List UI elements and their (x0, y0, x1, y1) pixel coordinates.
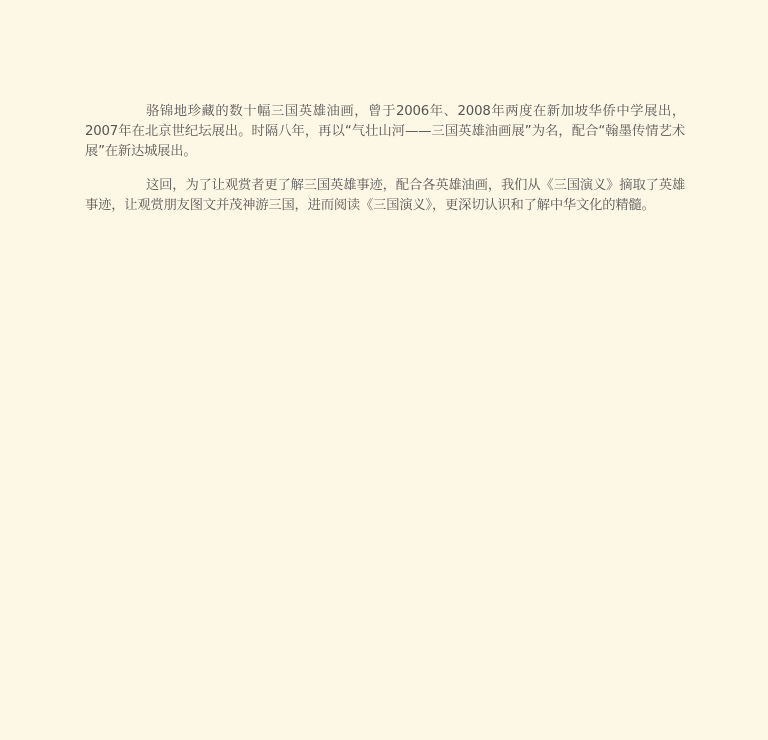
paragraph-exhibition-purpose: 这回，为了让观赏者更了解三国英雄事迹，配合各英雄油画，我们从《三国演义》摘取了英… (85, 176, 685, 216)
article-body: 骆锦地珍藏的数十幅三国英雄油画，曾于2006年、2008年两度在新加坡华侨中学展… (85, 102, 685, 230)
paragraph-exhibition-history: 骆锦地珍藏的数十幅三国英雄油画，曾于2006年、2008年两度在新加坡华侨中学展… (85, 102, 685, 162)
